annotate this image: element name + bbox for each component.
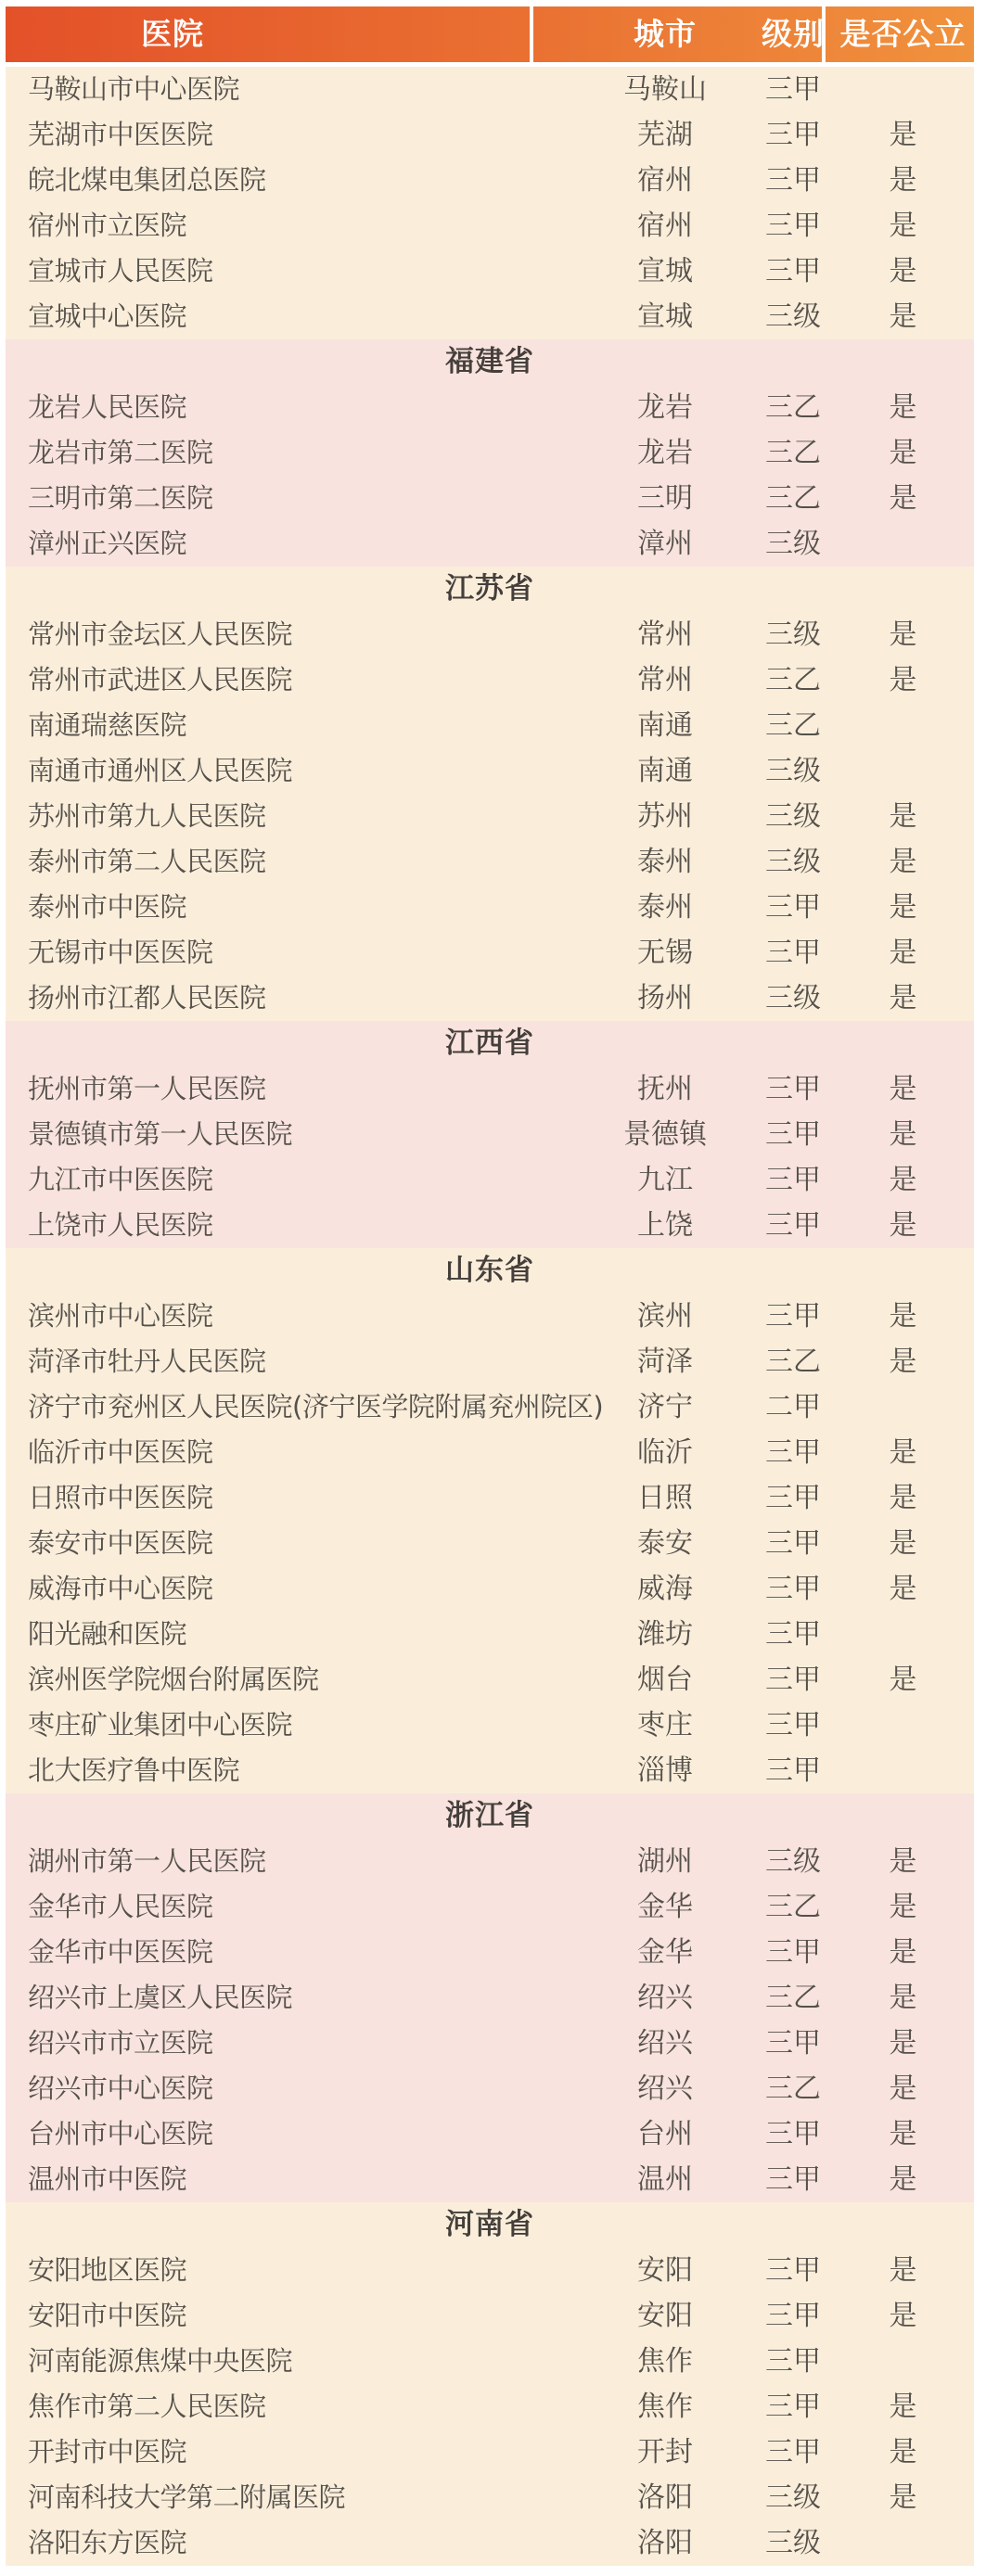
table-row: 龙岩市第二医院龙岩三乙是 xyxy=(6,430,974,476)
hospital-cell: 皖北煤电集团总医院 xyxy=(28,158,266,203)
public-cell: 是 xyxy=(832,1657,974,1702)
hospital-cell: 威海市中心医院 xyxy=(28,1566,213,1612)
hospital-cell: 台州市中心医院 xyxy=(28,2111,213,2157)
hospital-cell: 苏州市第九人民医院 xyxy=(28,794,266,839)
public-cell: 是 xyxy=(832,1294,974,1339)
public-cell: 是 xyxy=(832,430,974,476)
public-cell: 是 xyxy=(832,794,974,839)
page: 医院 城市 级别 是否公立 马鞍山市中心医院马鞍山三甲芜湖市中医医院芜湖三甲是皖… xyxy=(0,0,986,2576)
table-row: 阳光融和医院潍坊三甲 xyxy=(6,1612,974,1657)
public-cell: 是 xyxy=(832,385,974,430)
hospital-cell: 三明市第二医院 xyxy=(28,476,213,521)
hospital-cell: 宿州市立医院 xyxy=(28,203,186,249)
table-row: 绍兴市市立医院绍兴三甲是 xyxy=(6,2021,974,2066)
hospital-cell: 扬州市江都人民医院 xyxy=(28,976,266,1021)
table-row: 济宁市兖州区人民医院(济宁医学院附属兖州院区)济宁二甲 xyxy=(6,1384,974,1430)
hospital-cell: 枣庄矿业集团中心医院 xyxy=(28,1702,292,1748)
public-cell xyxy=(832,748,974,794)
public-cell: 是 xyxy=(832,203,974,249)
public-cell: 是 xyxy=(832,2293,974,2339)
table-row: 宣城中心医院宣城三级是 xyxy=(6,294,974,339)
hospital-cell: 济宁市兖州区人民医院(济宁医学院附属兖州院区) xyxy=(28,1384,603,1430)
hospital-cell: 龙岩市第二医院 xyxy=(28,430,213,476)
hospital-cell: 洛阳东方医院 xyxy=(28,2520,186,2566)
province-section: 江苏省常州市金坛区人民医院常州三级是常州市武进区人民医院常州三乙是南通瑞慈医院南… xyxy=(6,567,974,1021)
province-section: 福建省龙岩人民医院龙岩三乙是龙岩市第二医院龙岩三乙是三明市第二医院三明三乙是漳州… xyxy=(6,339,974,567)
table-row: 北大医疗鲁中医院淄博三甲 xyxy=(6,1748,974,1793)
hospital-cell: 北大医疗鲁中医院 xyxy=(28,1748,239,1793)
column-divider xyxy=(530,6,533,62)
table-row: 漳州正兴医院漳州三级 xyxy=(6,521,974,567)
hospital-cell: 九江市中医医院 xyxy=(28,1157,213,1203)
table-row: 开封市中医院开封三甲是 xyxy=(6,2429,974,2475)
column-header-public: 是否公立 xyxy=(832,6,974,62)
public-cell: 是 xyxy=(832,2066,974,2111)
public-cell: 是 xyxy=(832,2429,974,2475)
province-header: 山东省 xyxy=(6,1248,974,1294)
public-cell: 是 xyxy=(832,1475,974,1521)
table-row: 景德镇市第一人民医院景德镇三甲是 xyxy=(6,1112,974,1157)
hospital-cell: 南通市通州区人民医院 xyxy=(28,748,292,794)
hospital-cell: 泰安市中医医院 xyxy=(28,1521,213,1566)
table-row: 台州市中心医院台州三甲是 xyxy=(6,2111,974,2157)
public-cell xyxy=(832,2339,974,2384)
table-row: 金华市人民医院金华三乙是 xyxy=(6,1884,974,1930)
hospital-cell: 安阳市中医院 xyxy=(28,2293,186,2339)
hospital-cell: 绍兴市上虞区人民医院 xyxy=(28,1975,292,2021)
public-cell: 是 xyxy=(832,249,974,294)
table-row: 威海市中心医院威海三甲是 xyxy=(6,1566,974,1612)
province-section: 江西省抚州市第一人民医院抚州三甲是景德镇市第一人民医院景德镇三甲是九江市中医医院… xyxy=(6,1021,974,1248)
table-row: 河南科技大学第二附属医院洛阳三级是 xyxy=(6,2475,974,2520)
hospital-cell: 开封市中医院 xyxy=(28,2429,186,2475)
hospital-cell: 无锡市中医医院 xyxy=(28,930,213,976)
table-row: 焦作市第二人民医院焦作三甲是 xyxy=(6,2384,974,2429)
table-row: 安阳市中医院安阳三甲是 xyxy=(6,2293,974,2339)
table-row: 滨州市中心医院滨州三甲是 xyxy=(6,1294,974,1339)
public-cell: 是 xyxy=(832,839,974,885)
hospital-cell: 宣城中心医院 xyxy=(28,294,186,339)
hospital-cell: 日照市中医医院 xyxy=(28,1475,213,1521)
hospital-cell: 抚州市第一人民医院 xyxy=(28,1066,266,1112)
province-header: 福建省 xyxy=(6,339,974,385)
hospital-cell: 临沂市中医医院 xyxy=(28,1430,213,1475)
table-row: 三明市第二医院三明三乙是 xyxy=(6,476,974,521)
table-body: 马鞍山市中心医院马鞍山三甲芜湖市中医医院芜湖三甲是皖北煤电集团总医院宿州三甲是宿… xyxy=(6,67,974,2566)
hospital-cell: 滨州市中心医院 xyxy=(28,1294,213,1339)
hospital-cell: 景德镇市第一人民医院 xyxy=(28,1112,292,1157)
public-cell: 是 xyxy=(832,2111,974,2157)
public-cell: 是 xyxy=(832,112,974,158)
table-row: 苏州市第九人民医院苏州三级是 xyxy=(6,794,974,839)
hospital-cell: 绍兴市市立医院 xyxy=(28,2021,213,2066)
public-cell xyxy=(832,1748,974,1793)
public-cell xyxy=(832,67,974,112)
hospital-cell: 常州市金坛区人民医院 xyxy=(28,612,292,657)
hospital-table: 医院 城市 级别 是否公立 马鞍山市中心医院马鞍山三甲芜湖市中医医院芜湖三甲是皖… xyxy=(6,6,974,2566)
hospital-cell: 绍兴市中心医院 xyxy=(28,2066,213,2111)
public-cell: 是 xyxy=(832,158,974,203)
table-row: 湖州市第一人民医院湖州三级是 xyxy=(6,1839,974,1884)
hospital-cell: 金华市人民医院 xyxy=(28,1884,213,1930)
table-row: 枣庄矿业集团中心医院枣庄三甲 xyxy=(6,1702,974,1748)
public-cell xyxy=(832,703,974,748)
table-row: 扬州市江都人民医院扬州三级是 xyxy=(6,976,974,1021)
table-row: 芜湖市中医医院芜湖三甲是 xyxy=(6,112,974,158)
table-row: 常州市武进区人民医院常州三乙是 xyxy=(6,657,974,703)
table-row: 无锡市中医医院无锡三甲是 xyxy=(6,930,974,976)
column-divider xyxy=(822,6,826,62)
table-row: 河南能源焦煤中央医院焦作三甲 xyxy=(6,2339,974,2384)
hospital-cell: 宣城市人民医院 xyxy=(28,249,213,294)
table-header-row: 医院 城市 级别 是否公立 xyxy=(6,6,974,62)
table-row: 宣城市人民医院宣城三甲是 xyxy=(6,249,974,294)
table-row: 常州市金坛区人民医院常州三级是 xyxy=(6,612,974,657)
hospital-cell: 泰州市第二人民医院 xyxy=(28,839,266,885)
table-row: 九江市中医医院九江三甲是 xyxy=(6,1157,974,1203)
public-cell: 是 xyxy=(832,2384,974,2429)
public-cell: 是 xyxy=(832,1203,974,1248)
public-cell xyxy=(832,1612,974,1657)
public-cell: 是 xyxy=(832,1521,974,1566)
public-cell: 是 xyxy=(832,1157,974,1203)
public-cell: 是 xyxy=(832,612,974,657)
hospital-cell: 菏泽市牡丹人民医院 xyxy=(28,1339,266,1384)
public-cell: 是 xyxy=(832,1884,974,1930)
public-cell: 是 xyxy=(832,1430,974,1475)
table-row: 金华市中医医院金华三甲是 xyxy=(6,1930,974,1975)
province-header: 江西省 xyxy=(6,1021,974,1066)
table-row: 泰州市中医院泰州三甲是 xyxy=(6,885,974,930)
table-row: 抚州市第一人民医院抚州三甲是 xyxy=(6,1066,974,1112)
province-header: 河南省 xyxy=(6,2202,974,2248)
table-row: 龙岩人民医院龙岩三乙是 xyxy=(6,385,974,430)
table-row: 绍兴市上虞区人民医院绍兴三乙是 xyxy=(6,1975,974,2021)
table-row: 洛阳东方医院洛阳三级 xyxy=(6,2520,974,2566)
province-header: 江苏省 xyxy=(6,567,974,612)
hospital-cell: 阳光融和医院 xyxy=(28,1612,186,1657)
public-cell: 是 xyxy=(832,1930,974,1975)
public-cell: 是 xyxy=(832,1339,974,1384)
hospital-cell: 河南能源焦煤中央医院 xyxy=(28,2339,292,2384)
province-section: 山东省滨州市中心医院滨州三甲是菏泽市牡丹人民医院菏泽三乙是济宁市兖州区人民医院(… xyxy=(6,1248,974,1793)
public-cell xyxy=(832,1702,974,1748)
column-header-hospital: 医院 xyxy=(6,6,339,62)
table-row: 马鞍山市中心医院马鞍山三甲 xyxy=(6,67,974,112)
hospital-cell: 泰州市中医院 xyxy=(28,885,186,930)
public-cell xyxy=(832,1384,974,1430)
public-cell: 是 xyxy=(832,2157,974,2202)
public-cell: 是 xyxy=(832,976,974,1021)
hospital-cell: 滨州医学院烟台附属医院 xyxy=(28,1657,319,1702)
hospital-cell: 马鞍山市中心医院 xyxy=(28,67,239,112)
table-row: 皖北煤电集团总医院宿州三甲是 xyxy=(6,158,974,203)
hospital-cell: 常州市武进区人民医院 xyxy=(28,657,292,703)
public-cell: 是 xyxy=(832,476,974,521)
hospital-cell: 南通瑞慈医院 xyxy=(28,703,186,748)
public-cell xyxy=(832,2520,974,2566)
table-row: 泰安市中医医院泰安三甲是 xyxy=(6,1521,974,1566)
hospital-cell: 金华市中医医院 xyxy=(28,1930,213,1975)
public-cell xyxy=(832,521,974,567)
table-row: 安阳地区医院安阳三甲是 xyxy=(6,2248,974,2293)
hospital-cell: 上饶市人民医院 xyxy=(28,1203,213,1248)
public-cell: 是 xyxy=(832,2248,974,2293)
public-cell: 是 xyxy=(832,1566,974,1612)
public-cell: 是 xyxy=(832,1066,974,1112)
province-section: 马鞍山市中心医院马鞍山三甲芜湖市中医医院芜湖三甲是皖北煤电集团总医院宿州三甲是宿… xyxy=(6,67,974,339)
public-cell: 是 xyxy=(832,885,974,930)
public-cell: 是 xyxy=(832,1839,974,1884)
hospital-cell: 芜湖市中医医院 xyxy=(28,112,213,158)
public-cell: 是 xyxy=(832,2475,974,2520)
table-row: 南通瑞慈医院南通三乙 xyxy=(6,703,974,748)
table-row: 泰州市第二人民医院泰州三级是 xyxy=(6,839,974,885)
table-row: 绍兴市中心医院绍兴三乙是 xyxy=(6,2066,974,2111)
table-row: 日照市中医医院日照三甲是 xyxy=(6,1475,974,1521)
public-cell: 是 xyxy=(832,294,974,339)
hospital-cell: 龙岩人民医院 xyxy=(28,385,186,430)
public-cell: 是 xyxy=(832,1112,974,1157)
table-row: 宿州市立医院宿州三甲是 xyxy=(6,203,974,249)
public-cell: 是 xyxy=(832,2021,974,2066)
table-row: 上饶市人民医院上饶三甲是 xyxy=(6,1203,974,1248)
province-section: 浙江省湖州市第一人民医院湖州三级是金华市人民医院金华三乙是金华市中医医院金华三甲… xyxy=(6,1793,974,2202)
province-section: 河南省安阳地区医院安阳三甲是安阳市中医院安阳三甲是河南能源焦煤中央医院焦作三甲焦… xyxy=(6,2202,974,2566)
hospital-cell: 湖州市第一人民医院 xyxy=(28,1839,266,1884)
table-row: 滨州医学院烟台附属医院烟台三甲是 xyxy=(6,1657,974,1702)
table-row: 南通市通州区人民医院南通三级 xyxy=(6,748,974,794)
hospital-cell: 安阳地区医院 xyxy=(28,2248,186,2293)
table-row: 临沂市中医医院临沂三甲是 xyxy=(6,1430,974,1475)
table-row: 菏泽市牡丹人民医院菏泽三乙是 xyxy=(6,1339,974,1384)
public-cell: 是 xyxy=(832,657,974,703)
hospital-cell: 温州市中医院 xyxy=(28,2157,186,2202)
table-row: 温州市中医院温州三甲是 xyxy=(6,2157,974,2202)
hospital-cell: 焦作市第二人民医院 xyxy=(28,2384,266,2429)
public-cell: 是 xyxy=(832,1975,974,2021)
province-header: 浙江省 xyxy=(6,1793,974,1839)
public-cell: 是 xyxy=(832,930,974,976)
hospital-cell: 河南科技大学第二附属医院 xyxy=(28,2475,345,2520)
hospital-cell: 漳州正兴医院 xyxy=(28,521,186,567)
